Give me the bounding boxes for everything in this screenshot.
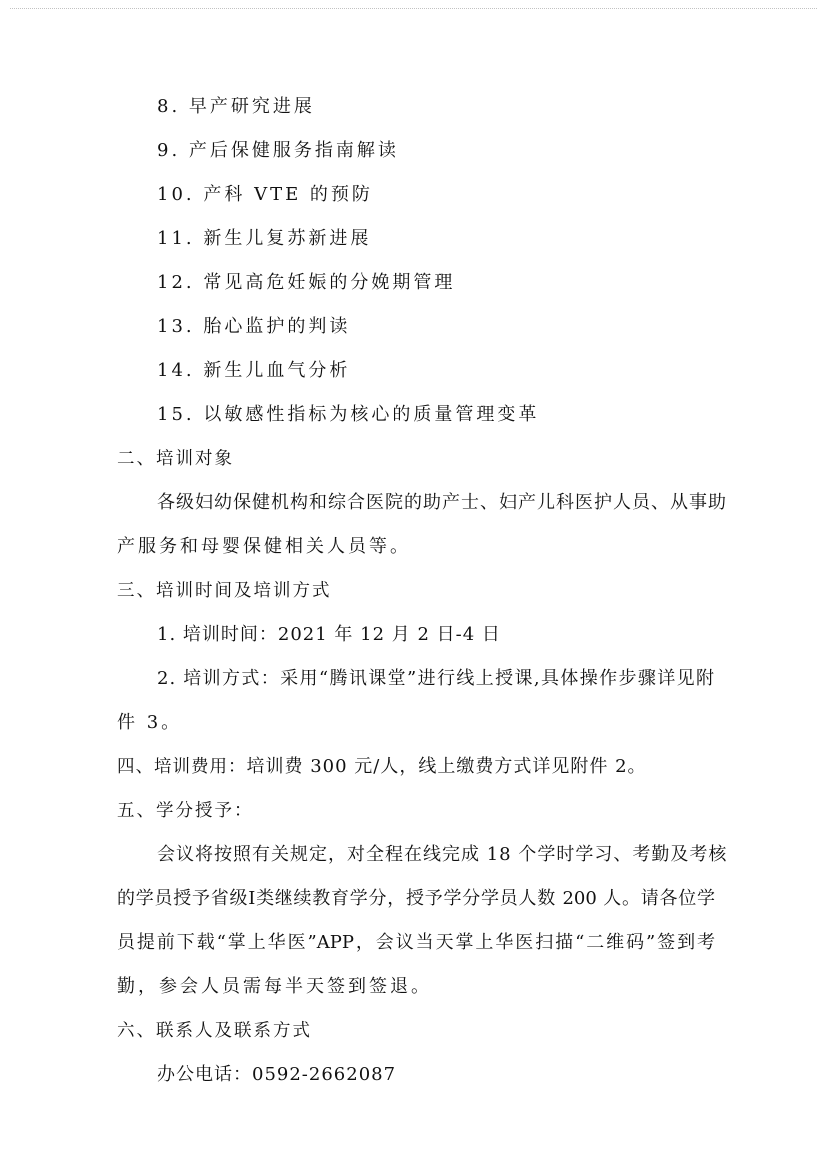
paragraph-line: 勤，参会人员需每半天签到签退。 (117, 976, 432, 998)
section-heading-contact: 六、联系人及联系方式 (117, 1020, 312, 1042)
list-item: 9. 产后保健服务指南解读 (157, 140, 399, 162)
list-item: 13. 胎心监护的判读 (157, 316, 350, 338)
list-item: 10. 产科 VTE 的预防 (157, 184, 373, 206)
paragraph-line: 各级妇幼保健机构和综合医院的助产士、妇产儿科医护人员、从事助 (157, 492, 715, 514)
list-item: 15. 以敏感性指标为核心的质量管理变革 (157, 404, 539, 426)
paragraph-line: 员提前下载“掌上华医”APP，会议当天掌上华医扫描“二维码”签到考 (117, 932, 715, 954)
list-item: 11. 新生儿复苏新进展 (157, 228, 371, 250)
list-item: 14. 新生儿血气分析 (157, 360, 350, 382)
office-phone: 办公电话：0592-2662087 (157, 1064, 396, 1086)
section-heading-credits: 五、学分授予： (117, 800, 254, 822)
list-item: 12. 常见高危妊娠的分娩期管理 (157, 272, 455, 294)
scan-artifact-line (10, 8, 817, 11)
section-heading-time-method: 三、培训时间及培训方式 (117, 580, 332, 602)
training-time: 1. 培训时间：2021 年 12 月 2 日-4 日 (157, 624, 501, 646)
section-heading-fee: 四、培训费用： (117, 757, 247, 777)
fee-text: 培训费 300 元/人，线上缴费方式详见附件 2。 (247, 756, 647, 777)
paragraph-line: 会议将按照有关规定，对全程在线完成 18 个学时学习、考勤及考核 (157, 844, 715, 866)
list-item: 8. 早产研究进展 (157, 96, 315, 118)
paragraph-line: 的学员授予省级Ⅰ类继续教育学分，授予学分学员人数 200 人。请各位学 (117, 888, 715, 910)
section-heading-trainees: 二、培训对象 (117, 448, 234, 470)
training-method: 2. 培训方式：采用“腾讯课堂”进行线上授课,具体操作步骤详见附 (157, 668, 715, 690)
paragraph-line: 件 3。 (117, 712, 182, 734)
fee-row: 四、培训费用：培训费 300 元/人，线上缴费方式详见附件 2。 (117, 756, 647, 778)
paragraph-line: 产服务和母婴保健相关人员等。 (117, 536, 411, 558)
